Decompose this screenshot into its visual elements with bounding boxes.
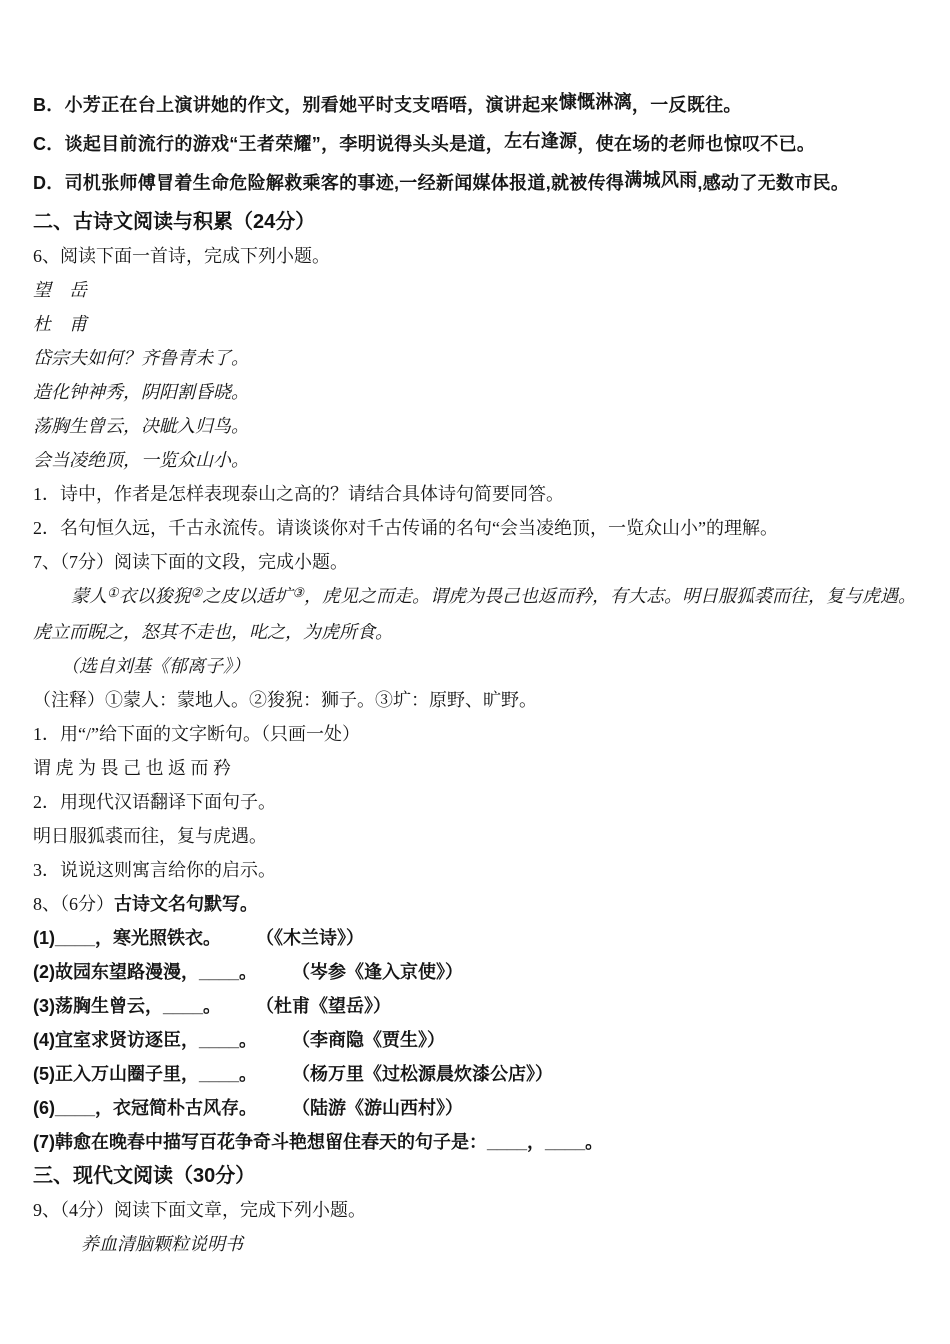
dictation-text: (6)____，衣冠简朴古风存。 [33,1098,257,1118]
dictation-source: （岑参《逢入京使》） [301,962,463,982]
option-b: B．小芳正在台上演讲她的作文，别看她平时支支唔唔，演讲起来慷慨淋漓，一反既往。 [33,88,920,122]
dictation-text: (1)____，寒光照铁衣。 [33,928,221,948]
option-b-idiom: 慷慨淋漓 [559,92,632,112]
option-c: C．谈起目前流行的游戏“王者荣耀”，李明说得头头是道，左右逢源，使在场的老师也惊… [33,127,920,161]
q6-sub1: 1．诗中，作者是怎样表现泰山之高的？请结合具体诗句简要同答。 [33,477,920,511]
option-b-text: 小芳正在台上演讲她的作文，别看她平时支支唔唔，演讲起来 [65,95,559,115]
dictation-source: （杜甫《望岳》） [265,996,391,1016]
footnote-marker-3: ③ [292,585,304,600]
option-b-label: B． [33,95,65,115]
q6-intro: 6、阅读下面一首诗，完成下列小题。 [33,239,920,273]
q7-passage: 蒙人①衣以狻猊②之皮以适圹③，虎见之而走。谓虎为畏己也返而矜，有大志。明日服狐裘… [33,579,920,649]
dictation-source: （李商隐《贾生》） [301,1030,445,1050]
dictation-item-7: (7)韩愈在晚春中描写百花争奇斗艳想留住春天的句子是：____，____。 [33,1125,920,1159]
option-d-tail: ,感动了无数市民。 [697,173,849,193]
option-c-label: C． [33,134,65,154]
option-c-text: 谈起目前流行的游戏“王者荣耀”，李明说得头头是道， [65,134,505,154]
exam-page: B．小芳正在台上演讲她的作文，别看她平时支支唔唔，演讲起来慷慨淋漓，一反既往。 … [0,0,950,1344]
dictation-source: （杨万里《过松源晨炊漆公店》） [301,1064,553,1084]
footnote-marker-1: ① [107,585,119,600]
q9-doc-title: 养血清脑颗粒说明书 [33,1227,920,1261]
q7-sub3: 3．说说这则寓言给你的启示。 [33,853,920,887]
dictation-text: (3)荡胸生曾云，____。 [33,996,221,1016]
dictation-item-3: (3)荡胸生曾云，____。（杜甫《望岳》） [33,989,920,1023]
q8-intro: 8、（6分）古诗文名句默写。 [33,887,920,921]
q7-sub2: 2．用现代汉语翻译下面句子。 [33,785,920,819]
q7-notes: （注释）①蒙人：蒙地人。②狻猊：狮子。③圹：原野、旷野。 [33,683,920,717]
q7-intro: 7、（7分）阅读下面的文段，完成小题。 [33,545,920,579]
poem-author: 杜 甫 [33,307,920,341]
q7-punctuate-sentence: 谓 虎 为 畏 己 也 返 而 矜 [33,751,920,785]
dictation-item-5: (5)正入万山圈子里，____。（杨万里《过松源晨炊漆公店》） [33,1057,920,1091]
dictation-source: （《木兰诗》） [265,928,364,948]
q7-translate-sentence: 明日服狐裘而往，复与虎遇。 [33,819,920,853]
poem-line: 造化钟神秀，阴阳割昏晓。 [33,375,920,409]
q7-sub1: 1．用“/”给下面的文字断句。（只画一处） [33,717,920,751]
passage-seg: 衣以狻猊 [119,586,191,606]
dictation-text: (5)正入万山圈子里，____。 [33,1064,257,1084]
option-d-idiom: 满城风雨 [624,170,697,190]
dictation-item-1: (1)____，寒光照铁衣。（《木兰诗》） [33,921,920,955]
q6-sub2: 2．名句恒久远，千古永流传。请谈谈你对千古传诵的名句“会当凌绝顶，一览众山小”的… [33,511,920,545]
dictation-text: (7)韩愈在晚春中描写百花争奇斗艳想留住春天的句子是：____，____。 [33,1132,603,1152]
dictation-item-6: (6)____，衣冠简朴古风存。（陆游《游山西村》） [33,1091,920,1125]
dictation-item-4: (4)宜室求贤访逐臣，____。（李商隐《贾生》） [33,1023,920,1057]
section3-heading: 三、现代文阅读（30分） [33,1159,920,1193]
q9-intro: 9、（4分）阅读下面文章，完成下列小题。 [33,1193,920,1227]
option-c-tail: ，使在场的老师也惊叹不已。 [577,134,815,154]
dictation-text: (2)故园东望路漫漫，____。 [33,962,257,982]
q8-title: 古诗文名句默写。 [114,894,258,914]
poem-line: 岱宗夫如何？齐鲁青未了。 [33,341,920,375]
dictation-source: （陆游《游山西村》） [301,1098,463,1118]
poem-line: 会当凌绝顶，一览众山小。 [33,443,920,477]
option-b-tail: ，一反既往。 [632,95,742,115]
q8-number: 8、（6分） [33,894,114,914]
section2-heading: 二、古诗文阅读与积累（24分） [33,205,920,239]
option-d: D．司机张师傅冒着生命危险解救乘客的事迹,一经新闻媒体报道,就被传得满城风雨,感… [33,166,920,200]
poem-line: 荡胸生曾云，决眦入归鸟。 [33,409,920,443]
passage-seg: 之皮以适圹 [202,586,292,606]
option-d-text: 司机张师傅冒着生命危险解救乘客的事迹,一经新闻媒体报道,就被传得 [65,173,625,193]
option-d-label: D． [33,173,65,193]
footnote-marker-2: ② [191,585,203,600]
option-c-idiom: 左右逢源 [504,131,577,151]
dictation-item-2: (2)故园东望路漫漫，____。（岑参《逢入京使》） [33,955,920,989]
passage-seg: 蒙人 [71,586,107,606]
dictation-text: (4)宜室求贤访逐臣，____。 [33,1030,257,1050]
q7-source: （选自刘基《郁离子》） [33,649,920,683]
poem-title: 望 岳 [33,273,920,307]
